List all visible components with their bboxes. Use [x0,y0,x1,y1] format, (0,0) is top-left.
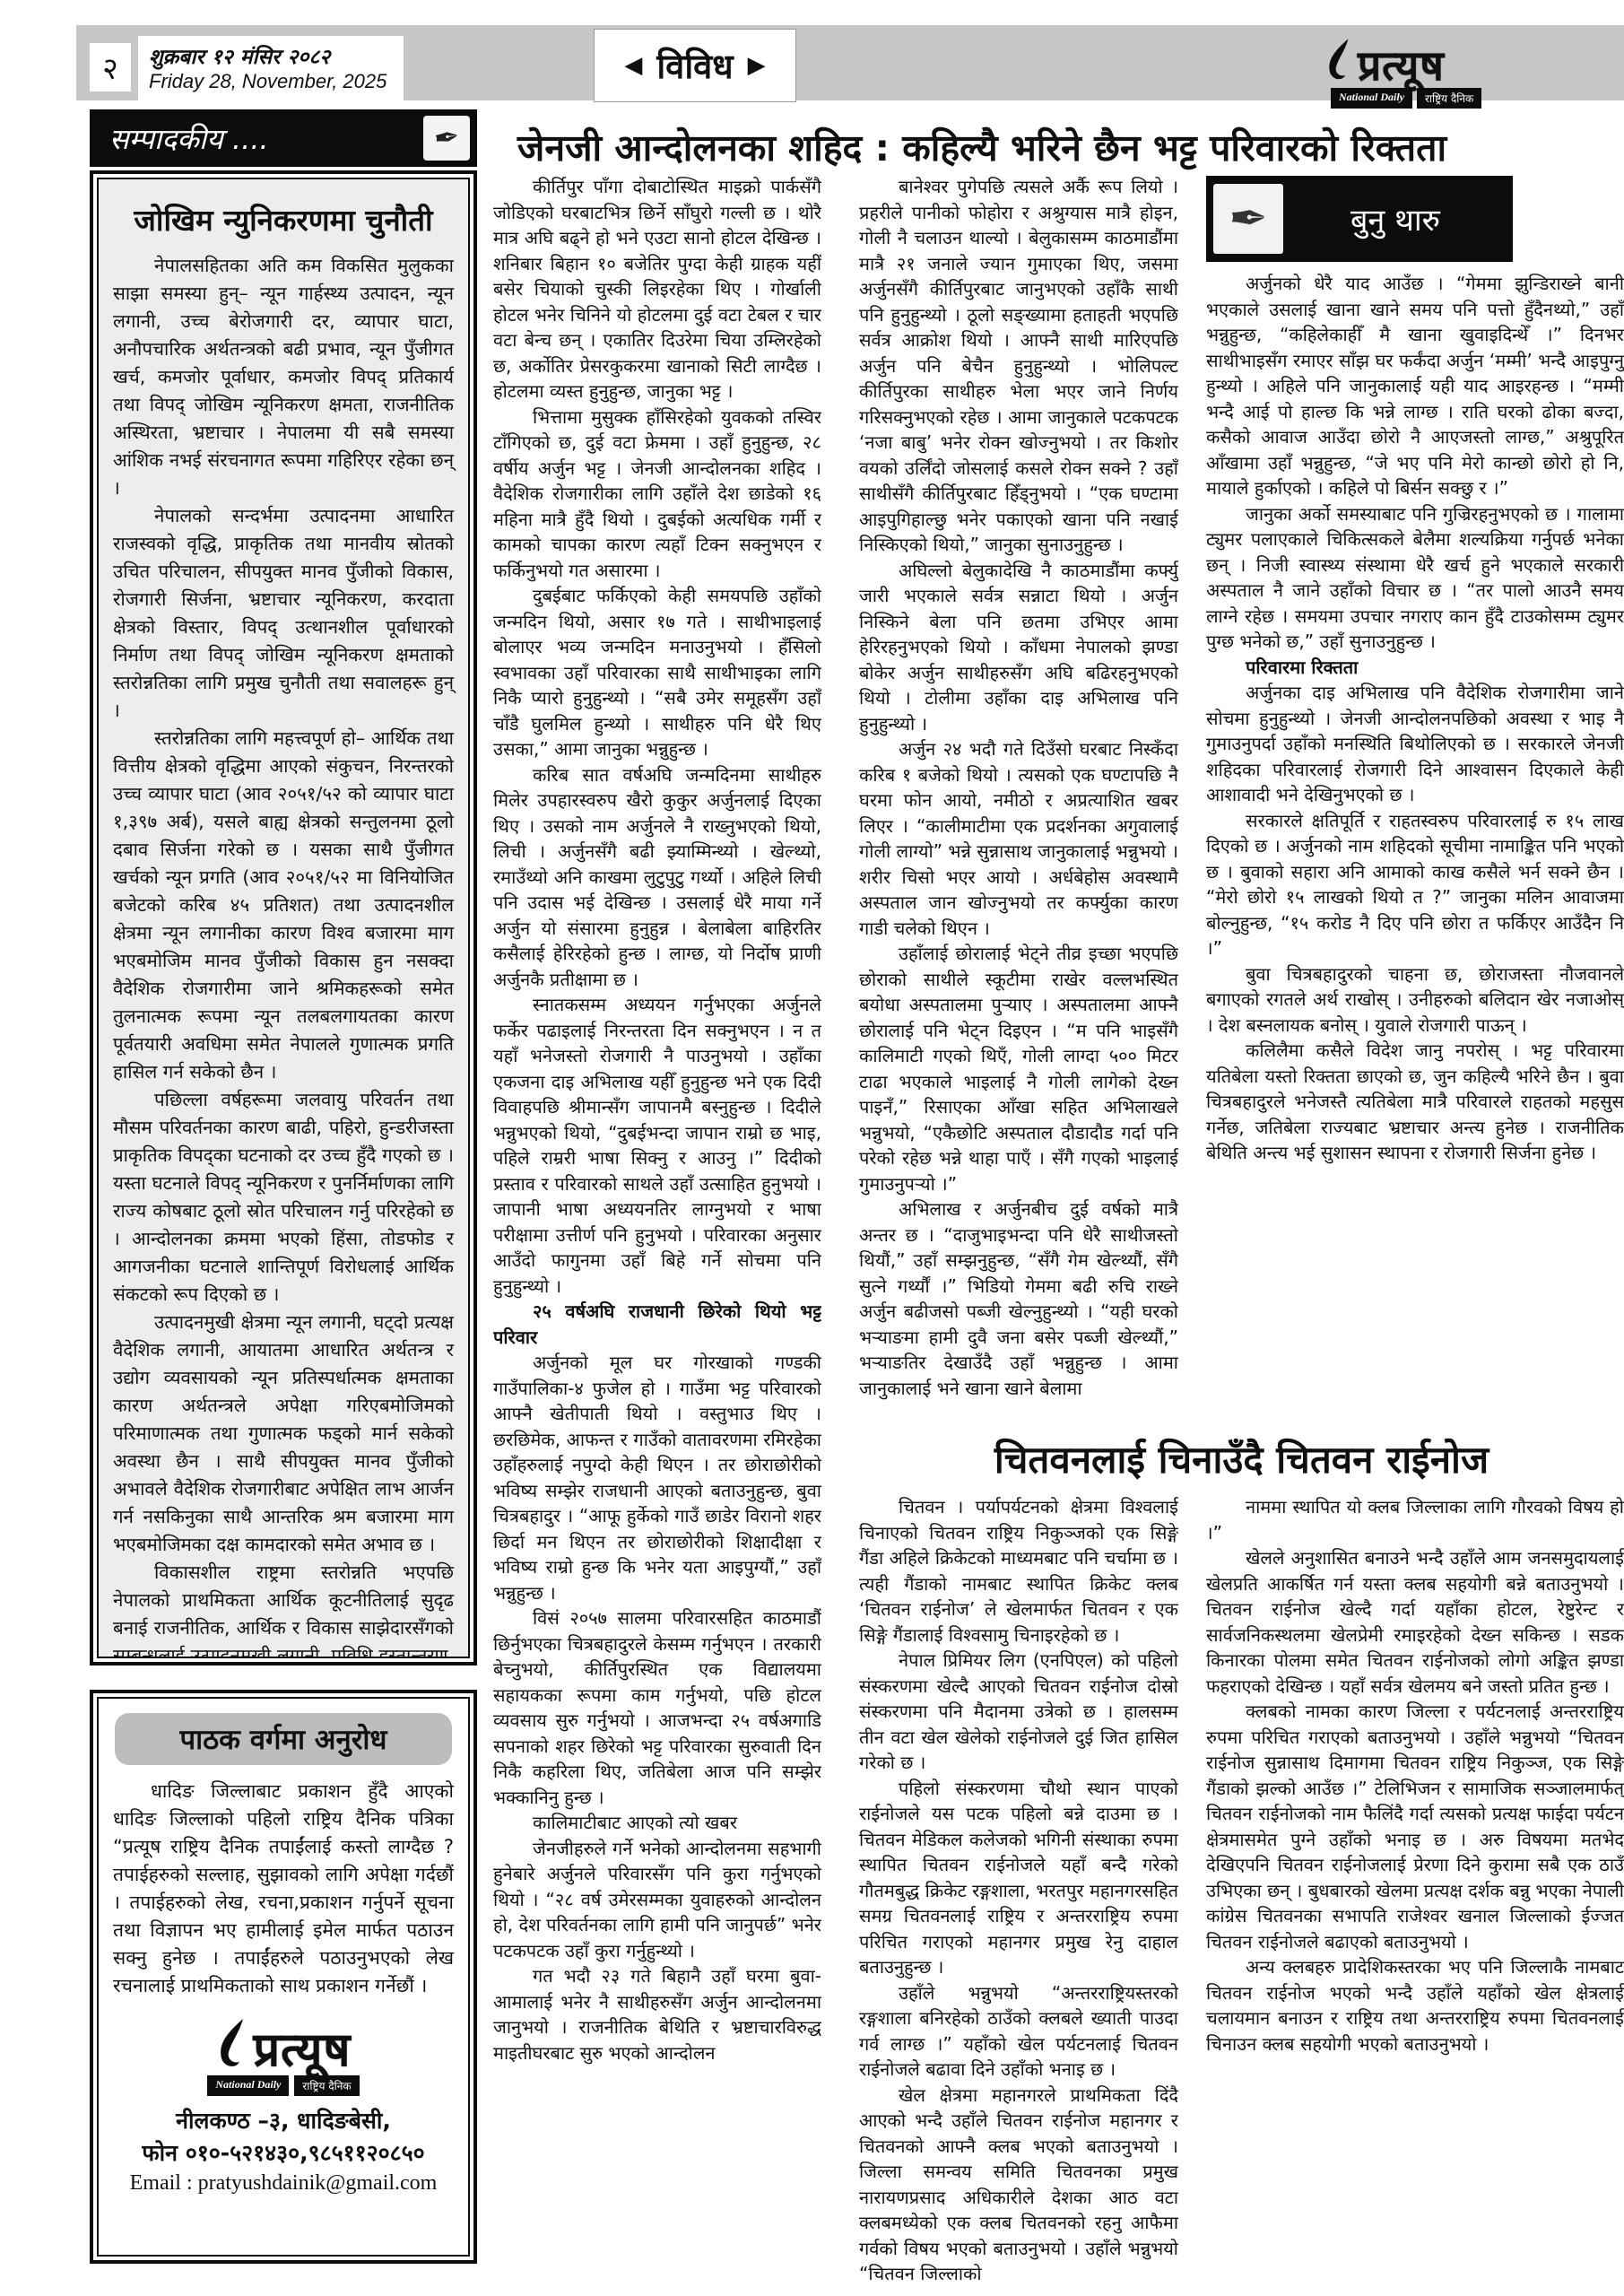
article-paragraph: अघिल्लो बेलुकादेखि नै काठमाडौंमा कर्फ्यु… [859,558,1178,737]
date-nepali: शुक्रबार १२ मंसिर २०८२ [149,41,393,70]
article-paragraph: जानुका अर्को समस्याबाट पनि गुज्रिरहनुभएक… [1206,501,1624,655]
arrow-left-icon: ◀ [624,54,642,77]
reader-logo: प्रत्यूष [113,2014,454,2074]
article-paragraph: नेपाल प्रिमियर लिग (एनपिएल) को पहिलो संस… [859,1648,1178,1776]
editorial-paragraph: पछिल्ला वर्षहरूमा जलवायु परिवर्तन तथा मौ… [113,1086,454,1309]
date-box: शुक्रबार १२ मंसिर २०८२ Friday 28, Novemb… [138,36,404,100]
article-paragraph: भित्तामा मुसुक्क हाँसिरहेको युवकको तस्वि… [493,404,821,584]
editorial-paragraph: विकासशील राष्ट्रमा स्तरोन्नति भएपछि नेपा… [113,1559,454,1658]
publisher-email: Email : pratyushdainik@gmail.com [113,2171,454,2196]
article-column-3: अर्जुनको धेरै याद आउँछ । “गेममा झुन्डिरा… [1206,271,1624,1430]
editorial-paragraph: नेपालसहितका अति कम विकसित मुलुकका साझा स… [113,252,454,502]
article-paragraph: गत भदौ २३ गते बिहानै उहाँ घरमा बुवा-आमाल… [493,1963,821,2066]
main-headline: जेनजी आन्दोलनका शहिद : कहिल्यै भरिने छैन… [499,122,1465,172]
article-paragraph: अर्जुनको मूल घर गोरखाको गण्डकी गाउँपालिक… [493,1350,821,1605]
editorial-title: जोखिम न्युनिकरणमा चुनौती [113,199,454,239]
pen-icon: ✒ [1213,184,1283,254]
chitwan-column-1: चितवन । पर्यापर्यटनको क्षेत्रमा विश्वलाई… [859,1494,1178,2291]
chitwan-headline: चितवनलाई चिनाउँदै चितवन राईनोज [859,1433,1624,1487]
byline-box: ✒ बुनु थारु [1206,176,1513,262]
article-paragraph: अर्जुन २४ भदौ गते दिउँसो घरबाट निस्कँदा … [859,736,1178,941]
article-paragraph: कीर्तिपुर पाँगा दोबाटोस्थित माइक्रो पार्… [493,174,821,404]
byline-author: बुनु थारु [1296,198,1513,239]
editorial-paragraph: स्तरोन्नतिका लागि महत्त्वपूर्ण हो– आर्थि… [113,725,454,1086]
article-paragraph: करिब सात वर्षअघि जन्मदिनमा साथीहरु मिलेर… [493,762,821,993]
logo-tagline-np: राष्ट्रिय दैनिक [294,2075,359,2096]
article-paragraph: अन्य क्लबहरु प्रादेशिकस्तरका भए पनि जिल्… [1206,1954,1624,2057]
article-paragraph: क्लबको नामका कारण जिल्ला र पर्यटनलाई अन्… [1206,1699,1624,1954]
article-paragraph: जेनजीहरुले गर्ने भनेको आन्दोलनमा सहभागी … [493,1836,821,1964]
article-paragraph: बानेश्वर पुगेपछि त्यसले अर्कै रूप लियो ।… [859,174,1178,558]
article-paragraph: खेल क्षेत्रमा महानगरले प्राथमिकता दिंदै … [859,2083,1178,2287]
article-paragraph: चितवन । पर्यापर्यटनको क्षेत्रमा विश्वलाई… [859,1494,1178,1648]
reader-request-title: पाठक वर्गमा अनुरोध [115,1713,452,1765]
article-column-1: कीर्तिपुर पाँगा दोबाटोस्थित माइक्रो पार्… [493,174,821,2289]
publisher-address: नीलकण्ठ –३, धादिङबेसी, [113,2105,454,2135]
editorial-banner: सम्पादकीय .... ✒ [90,109,477,167]
date-english: Friday 28, November, 2025 [149,70,393,93]
publisher-phone: फोन ०१०-५२१४३०,९८५११२०८५० [113,2137,454,2168]
newspaper-page: २ शुक्रबार १२ मंसिर २०८२ Friday 28, Nove… [0,0,1624,2296]
editorial-banner-label: सम्पादकीय .... [109,119,269,158]
reader-request-body: धादिङ जिल्लाबाट प्रकाशन हुँदै आएको धादिङ… [113,1778,454,2000]
article-subhead: परिवारमा रिक्तता [1206,655,1624,681]
page-number: २ [90,43,131,91]
flame-icon [1325,34,1356,86]
article-paragraph: उहाँलाई छोरालाई भेट्ने तीव्र इच्छा भएपछि… [859,941,1178,1196]
article-paragraph: स्नातकसम्म अध्ययन गर्नुभएका अर्जुनले फर्… [493,992,821,1299]
logo-tagline-en: National Daily [1331,88,1412,109]
editorial-paragraph: उत्पादनमुखी क्षेत्रमा न्यून लगानी, घट्दो… [113,1309,454,1559]
newspaper-logo: प्रत्यूष National Daily राष्ट्रिय दैनिक [1325,34,1523,117]
article-column-2: बानेश्वर पुगेपछि त्यसले अर्कै रूप लियो ।… [859,174,1178,1430]
logo-tagline-en: National Daily [207,2075,289,2096]
article-paragraph: कलिलैमा कसैले विदेश जानु नपरोस् । भट्ट प… [1206,1038,1624,1166]
article-paragraph: कालिमाटीबाट आएको त्यो खबर [493,1810,821,1836]
logo-wordmark: प्रत्यूष [254,2027,352,2074]
article-paragraph: उहाँले भन्नुभयो “अन्तरराष्ट्रियस्तरको रङ… [859,1980,1178,2083]
logo-tagline-np: राष्ट्रिय दैनिक [1417,88,1481,109]
reader-request-box: पाठक वर्गमा अनुरोध धादिङ जिल्लाबाट प्रका… [90,1690,477,2264]
article-paragraph: खेलले अनुशासित बनाउने भन्दै उहाँले आम जन… [1206,1545,1624,1699]
pen-icon: ✒ [423,116,470,161]
chitwan-column-2: नाममा स्थापित यो क्लब जिल्लाका लागि गौरव… [1206,1494,1624,2291]
article-paragraph: अर्जुनका दाइ अभिलाख पनि वैदेशिक रोजगारीम… [1206,680,1624,808]
logo-wordmark: प्रत्यूष [1358,45,1445,86]
article-paragraph: दुबईबाट फर्किएको केही समयपछि उहाँको जन्म… [493,583,821,762]
editorial-box: जोखिम न्युनिकरणमा चुनौती नेपालसहितका अति… [90,170,477,1665]
article-paragraph: बुवा चित्रबहादुरको चाहना छ, छोराजस्ता नौ… [1206,961,1624,1039]
arrow-right-icon: ▶ [748,54,766,77]
section-title: विविध [656,42,733,89]
article-paragraph: अर्जुनको धेरै याद आउँछ । “गेममा झुन्डिरा… [1206,271,1624,501]
article-paragraph: अभिलाख र अर्जुनबीच दुई वर्षको मात्रै अन्… [859,1196,1178,1401]
flame-icon [216,2014,252,2074]
article-paragraph: पहिलो संस्करणमा चौथो स्थान पाएको राईनोजल… [859,1776,1178,1980]
article-paragraph: सरकारले क्षतिपूर्ति र राहतस्वरुप परिवारल… [1206,808,1624,961]
editorial-paragraph: नेपालको सन्दर्भमा उत्पादनमा आधारित राजस्… [113,502,454,725]
article-subhead: २५ वर्षअघि राजधानी छिरेको थियो भट्ट परिव… [493,1299,821,1350]
section-nav: ◀ विविध ▶ [594,29,796,102]
article-paragraph: विसं २०५७ सालमा परिवारसहित काठमाडौं छिर्… [493,1605,821,1810]
article-paragraph: नाममा स्थापित यो क्लब जिल्लाका लागि गौरव… [1206,1494,1624,1545]
